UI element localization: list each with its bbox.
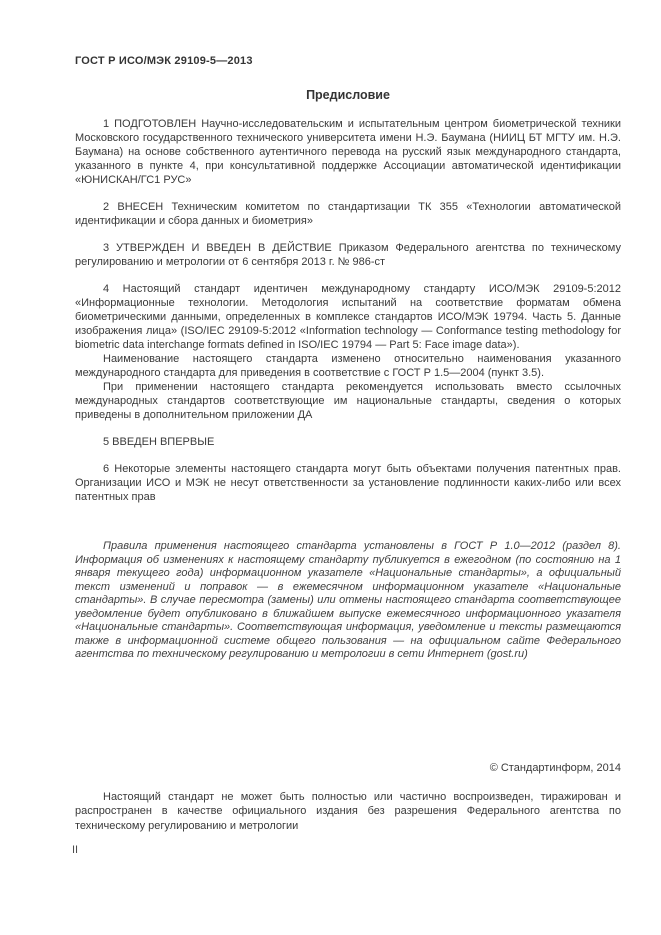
reproduction-restriction: Настоящий стандарт не может быть полност… <box>75 790 621 834</box>
foreword-paragraph: Наименование настоящего стандарта измене… <box>75 352 621 380</box>
foreword-list: 1 ПОДГОТОВЛЕН Научно-исследовательским и… <box>75 117 621 504</box>
foreword-paragraph: 5 ВВЕДЕН ВПЕРВЫЕ <box>75 435 621 449</box>
document-page: ГОСТ Р ИСО/МЭК 29109-5—2013 Предисловие … <box>0 0 661 935</box>
document-code: ГОСТ Р ИСО/МЭК 29109-5—2013 <box>75 55 621 67</box>
application-rules-note: Правила применения настоящего стандарта … <box>75 540 621 662</box>
foreword-paragraph: 2 ВНЕСЕН Техническим комитетом по станда… <box>75 200 621 228</box>
foreword-paragraph: 6 Некоторые элементы настоящего стандарт… <box>75 462 621 504</box>
copyright-notice: © Стандартинформ, 2014 <box>75 762 621 774</box>
foreword-paragraph: 3 УТВЕРЖДЕН И ВВЕДЕН В ДЕЙСТВИЕ Приказом… <box>75 241 621 269</box>
foreword-paragraph: 4 Настоящий стандарт идентичен междунаро… <box>75 282 621 352</box>
foreword-paragraph: 1 ПОДГОТОВЛЕН Научно-исследовательским и… <box>75 117 621 187</box>
page-number: II <box>72 844 621 856</box>
foreword-paragraph: При применении настоящего стандарта реко… <box>75 380 621 422</box>
page-title: Предисловие <box>75 88 621 102</box>
